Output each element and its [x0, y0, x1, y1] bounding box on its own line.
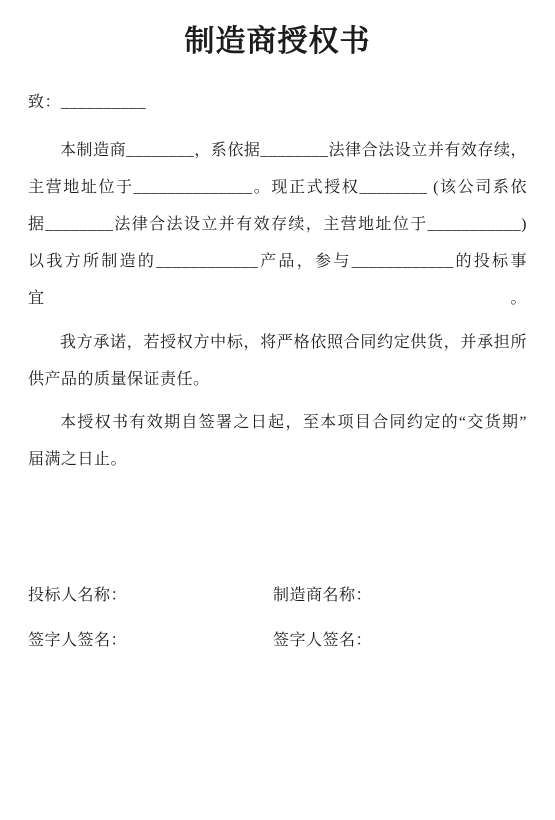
bidder-name-label: 投标人名称： — [28, 577, 273, 614]
paragraph-line: 供产品的质量保证责任。 — [28, 361, 527, 398]
signature-section: 投标人名称： 制造商名称： 签字人签名： 签字人签名： — [28, 577, 527, 659]
paragraph-line: 本授权书有效期自签署之日起，至本项目合同约定的“交货期” — [28, 404, 527, 441]
paragraph-authorization: 本制造商________，系依据________法律合法设立并有效存续， 主营地… — [28, 132, 527, 317]
paragraph-line: 主营地址位于______________。现正式授权________ (该公司系… — [28, 169, 527, 206]
paragraph-line: 以我方所制造的____________产品，参与____________的投标事… — [28, 243, 527, 317]
salutation-line: 致：__________ — [28, 84, 527, 121]
manufacturer-signer-label: 签字人签名： — [273, 622, 527, 659]
signature-signer-row: 签字人签名： 签字人签名： — [28, 622, 527, 659]
paragraph-commitment: 我方承诺，若授权方中标，将严格依照合同约定供货，并承担所 供产品的质量保证责任。 — [28, 324, 527, 398]
manufacturer-name-label: 制造商名称： — [273, 577, 527, 614]
paragraph-line: 据________法律合法设立并有效存续，主营地址位于___________) — [28, 206, 527, 243]
paragraph-validity: 本授权书有效期自签署之日起，至本项目合同约定的“交货期” 届满之日止。 — [28, 404, 527, 478]
document-page: 制造商授权书 致：__________ 本制造商________，系依据____… — [0, 0, 555, 820]
bidder-signer-label: 签字人签名： — [28, 622, 273, 659]
document-title: 制造商授权书 — [28, 22, 527, 62]
paragraph-line: 我方承诺，若授权方中标，将严格依照合同约定供货，并承担所 — [28, 324, 527, 361]
paragraph-line: 届满之日止。 — [28, 441, 527, 478]
signature-name-row: 投标人名称： 制造商名称： — [28, 577, 527, 614]
paragraph-line: 本制造商________，系依据________法律合法设立并有效存续， — [28, 132, 527, 169]
